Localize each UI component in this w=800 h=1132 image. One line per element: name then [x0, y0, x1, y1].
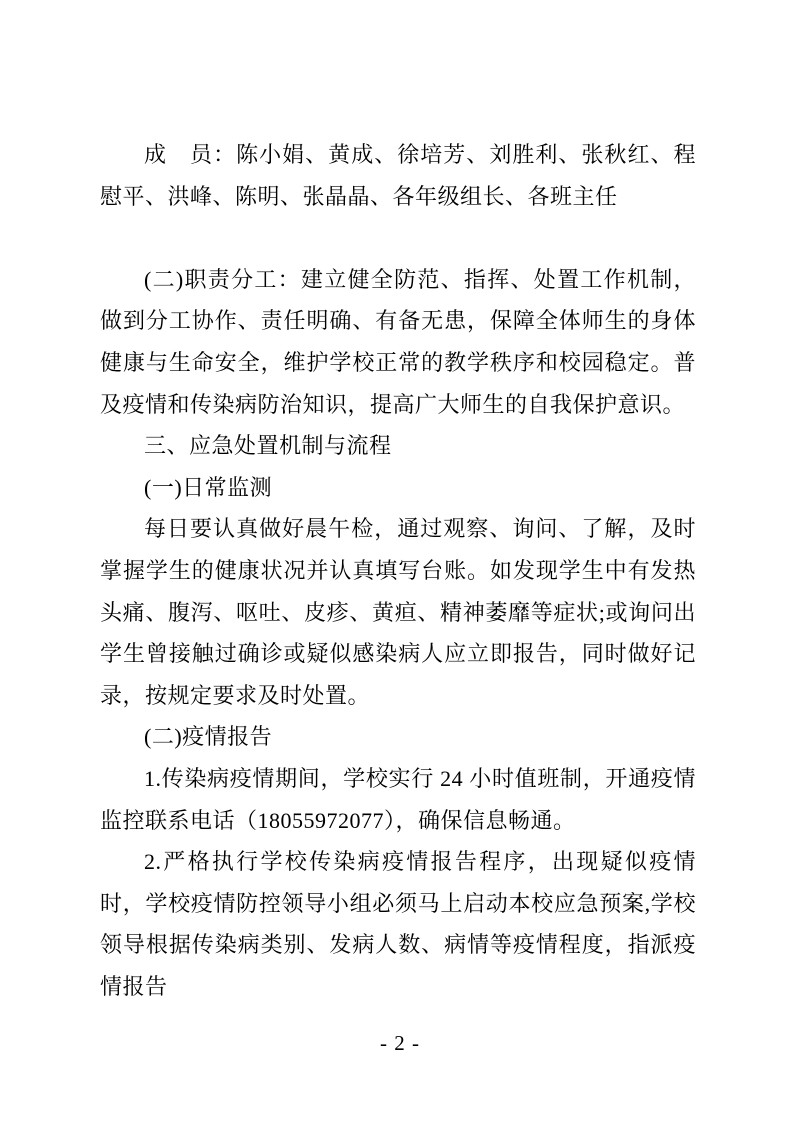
- subsection-heading-epidemic-report: (二)疫情报告: [100, 716, 696, 758]
- section-heading-emergency-mechanism: 三、应急处置机制与流程: [100, 425, 696, 467]
- blank-line: [100, 217, 696, 259]
- page-number: - 2 -: [0, 1028, 800, 1058]
- subsection-heading-daily-monitoring: (一)日常监测: [100, 467, 696, 509]
- report-item-2-paragraph: 2.严格执行学校传染病疫情报告程序，出现疑似疫情时，学校疫情防控领导小组必须马上…: [100, 841, 696, 1007]
- duties-paragraph: (二)职责分工：建立健全防范、指挥、处置工作机制，做到分工协作、责任明确、有备无…: [100, 259, 696, 425]
- members-paragraph: 成 员：陈小娟、黄成、徐培芳、刘胜利、张秋红、程慰平、洪峰、陈明、张晶晶、各年级…: [100, 134, 696, 217]
- document-body: 成 员：陈小娟、黄成、徐培芳、刘胜利、张秋红、程慰平、洪峰、陈明、张晶晶、各年级…: [100, 134, 696, 1007]
- daily-monitoring-paragraph: 每日要认真做好晨午检，通过观察、询问、了解，及时掌握学生的健康状况并认真填写台账…: [100, 508, 696, 716]
- report-item-1-paragraph: 1.传染病疫情期间，学校实行 24 小时值班制，开通疫情监控联系电话（18055…: [100, 758, 696, 841]
- document-page: 成 员：陈小娟、黄成、徐培芳、刘胜利、张秋红、程慰平、洪峰、陈明、张晶晶、各年级…: [0, 0, 800, 1132]
